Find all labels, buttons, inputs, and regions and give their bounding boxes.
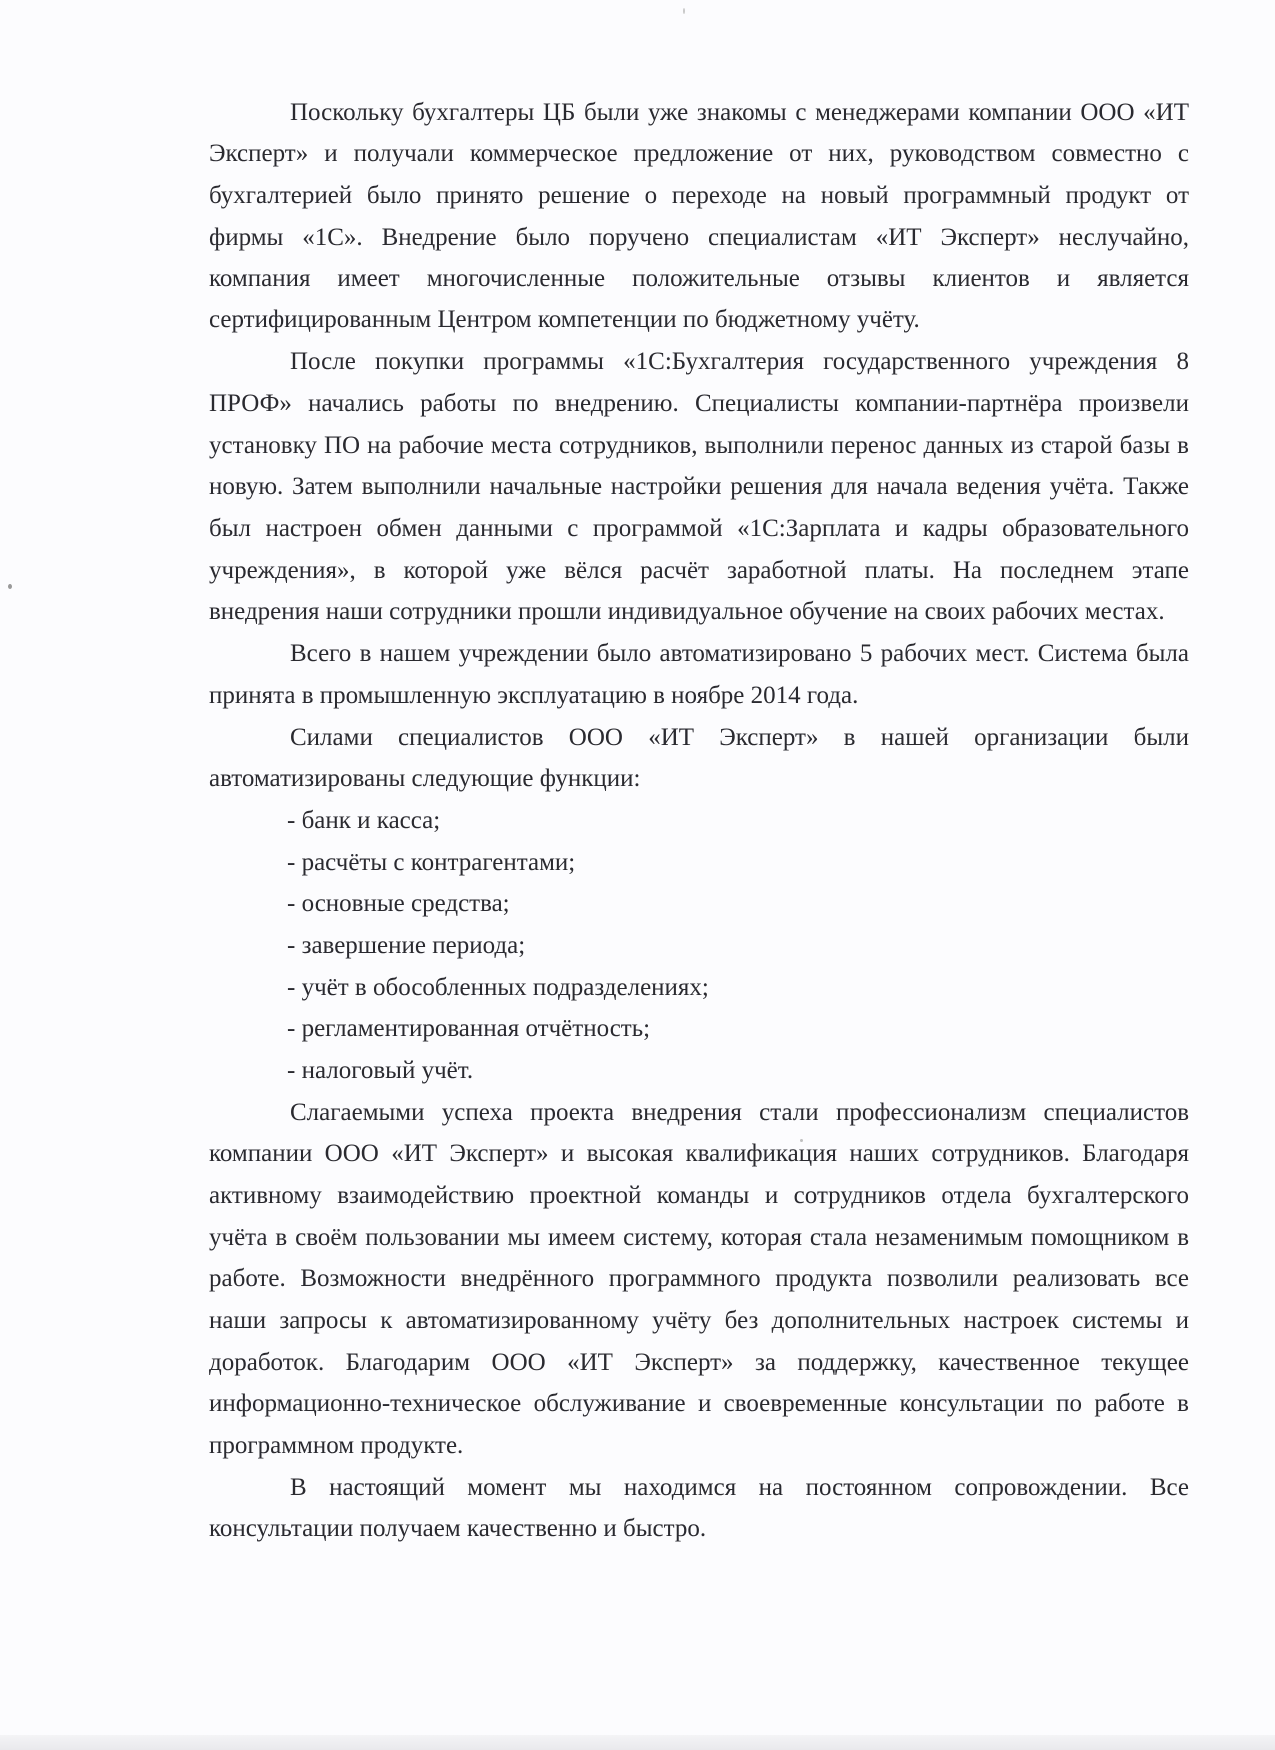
paragraph-4-line-1: Силами специалистов ООО «ИТ Эксперт» в н… [290,723,1189,753]
paragraph-2-line-5: был настроен обмен данными с программой … [209,514,1189,544]
scan-speck [683,8,685,14]
paragraph-2-line-7: внедрения наши сотрудники прошли индивид… [209,597,1189,627]
function-list-item: - расчёты с контрагентами; [287,848,987,878]
scanned-document-page: Поскольку бухгалтеры ЦБ были уже знакомы… [0,0,1275,1750]
paragraph-5-line-6: наши запросы к автоматизированному учёту… [209,1306,1189,1336]
paragraph-5-line-3: активному взаимодействию проектной коман… [209,1181,1189,1211]
paragraph-1-line-6: сертифицированным Центром компетенции по… [209,305,1189,335]
paragraph-3-line-2: принята в промышленную эксплуатацию в но… [209,681,1189,711]
paragraph-1-line-5: компания имеет многочисленные положитель… [209,264,1189,294]
paragraph-6-line-2: консультации получаем качественно и быст… [209,1514,1189,1544]
paragraph-2-line-2: ПРОФ» начались работы по внедрению. Спец… [209,389,1189,419]
paragraph-5-line-1: Слагаемыми успеха проекта внедрения стал… [290,1098,1189,1128]
paragraph-1-line-4: фирмы «1С». Внедрение было поручено спец… [209,223,1189,253]
paragraph-4-line-2: автоматизированы следующие функции: [209,764,1189,794]
paragraph-2-line-6: учреждения», в которой уже вёлся расчёт … [209,556,1189,586]
paragraph-2-line-3: установку ПО на рабочие места сотруднико… [209,431,1189,461]
paragraph-5-line-8: информационно-техническое обслуживание и… [209,1389,1189,1419]
scan-bottom-edge [0,1735,1275,1750]
paragraph-5-line-4: учёта в своём пользовании мы имеем систе… [209,1223,1189,1253]
paragraph-2-line-1: После покупки программы «1С:Бухгалтерия … [290,347,1189,377]
paragraph-5-line-5: работе. Возможности внедрённого программ… [209,1264,1189,1294]
scan-speck [8,584,12,589]
function-list-item: - основные средства; [287,889,987,919]
paragraph-5-line-9: программном продукте. [209,1431,1189,1461]
function-list-item: - банк и касса; [287,806,987,836]
paragraph-1-line-3: бухгалтерией было принято решение о пере… [209,181,1189,211]
function-list-item: - завершение периода; [287,931,987,961]
function-list-item: - регламентированная отчётность; [287,1014,987,1044]
scan-speck [800,1139,803,1142]
paragraph-1-line-1: Поскольку бухгалтеры ЦБ были уже знакомы… [290,98,1189,128]
paragraph-5-line-2: компании ООО «ИТ Эксперт» и высокая квал… [209,1139,1189,1169]
function-list-item: - налоговый учёт. [287,1056,987,1086]
paragraph-1-line-2: Эксперт» и получали коммерческое предлож… [209,139,1189,169]
paragraph-2-line-4: новую. Затем выполнили начальные настрой… [209,472,1189,502]
paragraph-3-line-1: Всего в нашем учреждении было автоматизи… [290,639,1189,669]
function-list-item: - учёт в обособленных подразделениях; [287,973,987,1003]
paragraph-5-line-7: доработок. Благодарим ООО «ИТ Эксперт» з… [209,1348,1189,1378]
paragraph-6-line-1: В настоящий момент мы находимся на посто… [290,1473,1189,1503]
